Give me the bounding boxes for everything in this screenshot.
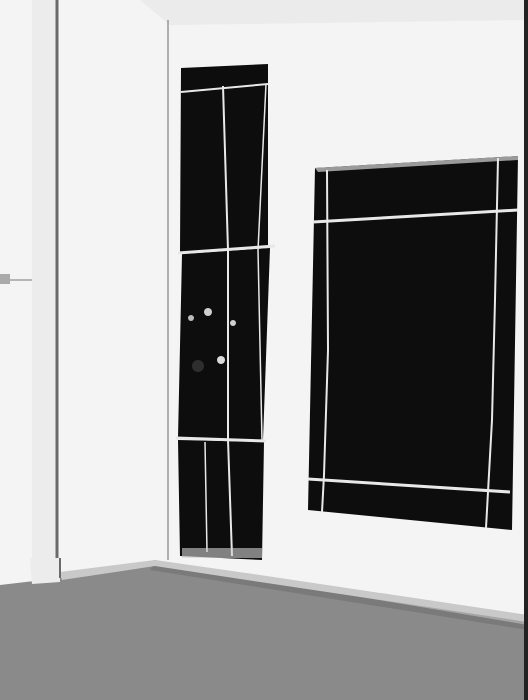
fraying bbox=[182, 548, 262, 558]
stain bbox=[204, 308, 212, 316]
pipe bbox=[32, 0, 56, 560]
stain bbox=[230, 320, 236, 326]
left-panel-bottom bbox=[178, 440, 264, 560]
stain bbox=[192, 360, 204, 372]
wall-fixture bbox=[0, 274, 10, 284]
left-artwork bbox=[176, 64, 275, 560]
left-wall bbox=[0, 0, 34, 580]
stain bbox=[217, 356, 225, 364]
photograph bbox=[0, 0, 528, 700]
photo-scene bbox=[0, 0, 528, 700]
right-artwork bbox=[308, 156, 518, 530]
stain bbox=[188, 315, 194, 321]
photo-edge bbox=[524, 0, 528, 700]
left-panel-middle bbox=[178, 248, 270, 440]
pipe-base bbox=[30, 558, 60, 584]
